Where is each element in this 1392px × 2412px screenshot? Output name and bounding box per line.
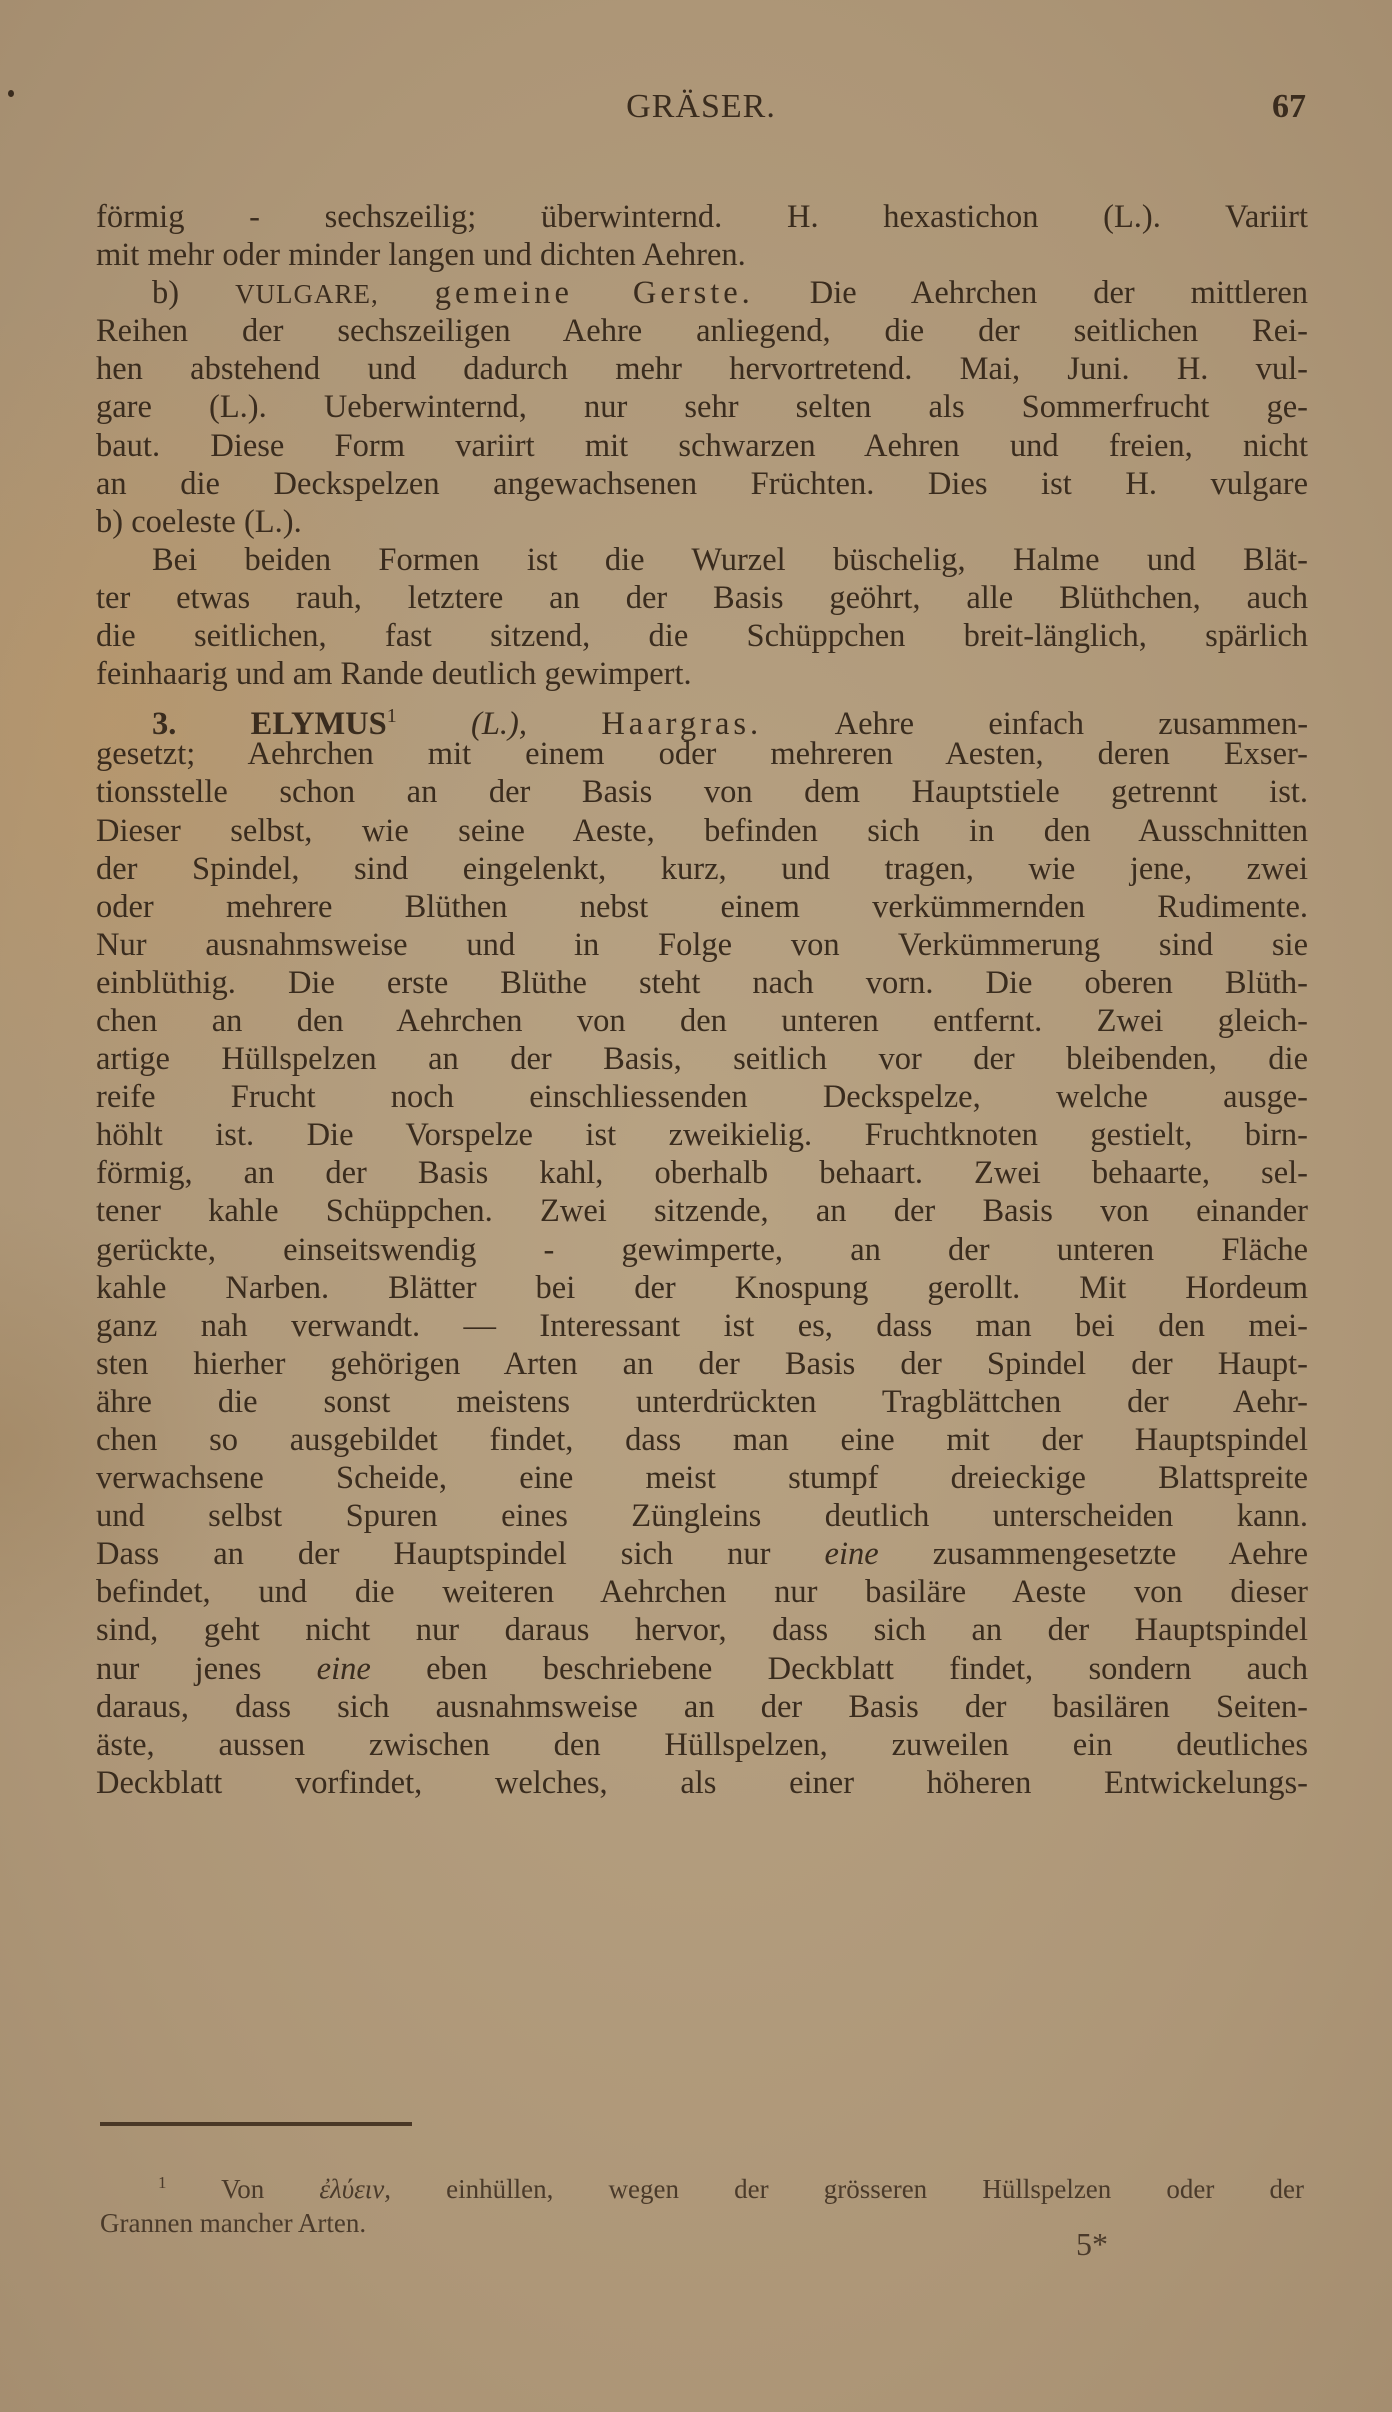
text-line: b) VULGARE, gemeine Gerste. Die Aehrchen…	[96, 274, 1308, 312]
text-line: gare (L.). Ueberwinternd, nur sehr selte…	[96, 388, 1308, 426]
ink-speck	[8, 90, 14, 97]
emphasis: eine	[317, 1651, 371, 1687]
text-line: hen abstehend und dadurch mehr hervortre…	[96, 350, 1308, 388]
text-line: reife Frucht noch einschliessenden Decks…	[96, 1078, 1308, 1116]
text-line: baut. Diese Form variirt mit schwarzen A…	[96, 427, 1308, 465]
text-line: förmig - sechszeilig; überwinternd. H. h…	[96, 198, 1308, 236]
text-line: Dieser selbst, wie seine Aeste, befinden…	[96, 812, 1308, 850]
text-line: sten hierher gehörigen Arten an der Basi…	[96, 1345, 1308, 1383]
text-run: Dass an der Hauptspindel sich nur	[96, 1536, 771, 1572]
text-run: Die Aehrchen der mittleren	[810, 275, 1308, 311]
text-line: die seitlichen, fast sitzend, die Schüpp…	[96, 617, 1308, 655]
greek-word: ἐλύειν,	[319, 2174, 391, 2204]
text-run: einhüllen, wegen der grösseren Hüllspelz…	[446, 2174, 1304, 2204]
footnote-line: Grannen mancher Arten.	[100, 2203, 1304, 2243]
text-line: artige Hüllspelzen an der Basis, seitlic…	[96, 1040, 1308, 1078]
text-line: förmig, an der Basis kahl, oberhalb beha…	[96, 1154, 1308, 1192]
text-line: tionsstelle schon an der Basis von dem H…	[96, 773, 1308, 811]
text-run: eben beschriebene Deckblatt findet, sond…	[426, 1651, 1308, 1687]
text-line: äste, aussen zwischen den Hüllspelzen, z…	[96, 1726, 1308, 1764]
text-run: nur jenes	[96, 1651, 261, 1687]
text-line: der Spindel, sind eingelenkt, kurz, und …	[96, 850, 1308, 888]
variety-marker: b)	[152, 275, 179, 311]
footnotes: 1 Von ἐλύειν, einhüllen, wegen der gröss…	[100, 2163, 1304, 2243]
text-line: ter etwas rauh, letztere an der Basis ge…	[96, 579, 1308, 617]
page-number: 67	[1272, 88, 1306, 126]
text-line: oder mehrere Blüthen nebst einem verkümm…	[96, 888, 1308, 926]
text-line: gesetzt; Aehrchen mit einem oder mehrere…	[96, 735, 1308, 773]
text-run: Von	[221, 2174, 264, 2204]
text-line: Nur ausnahmsweise und in Folge von Verkü…	[96, 926, 1308, 964]
text-line: sind, geht nicht nur daraus hervor, dass…	[96, 1611, 1308, 1649]
text-line: Deckblatt vorfindet, welches, als einer …	[96, 1764, 1308, 1802]
text-line: b) coeleste (L.).	[96, 503, 1308, 541]
text-line: chen so ausgebildet findet, dass man ein…	[96, 1421, 1308, 1459]
running-title: GRÄSER.	[96, 88, 1306, 126]
text-line: befindet, und die weiteren Aehrchen nur …	[96, 1573, 1308, 1611]
book-page: GRÄSER. 67 förmig - sechszeilig; überwin…	[0, 0, 1392, 2412]
common-name: gemeine Gerste.	[435, 275, 754, 311]
text-line: kahle Narben. Blätter bei der Knospung g…	[96, 1269, 1308, 1307]
text-line: Bei beiden Formen ist die Wurzel büschel…	[96, 541, 1308, 579]
text-line: Reihen der sechszeiligen Aehre anliegend…	[96, 312, 1308, 350]
running-head: GRÄSER. 67	[96, 88, 1306, 138]
text-line: verwachsene Scheide, eine meist stumpf d…	[96, 1459, 1308, 1497]
body-text: förmig - sechszeilig; überwinternd. H. h…	[96, 198, 1308, 1802]
emphasis: eine	[825, 1536, 879, 1572]
signature-mark: 5*	[1076, 2226, 1108, 2263]
text-line: gerückte, einseitswendig - gewimperte, a…	[96, 1231, 1308, 1269]
footnote-rule	[100, 2122, 412, 2126]
text-line: höhlt ist. Die Vorspelze ist zweikielig.…	[96, 1116, 1308, 1154]
text-run: zusammengesetzte Aehre	[933, 1536, 1308, 1572]
text-line: nur jenes eine eben beschriebene Deckbla…	[96, 1650, 1308, 1688]
footnote-ref: 1	[387, 705, 397, 727]
footnote-marker: 1	[158, 2173, 167, 2192]
text-line: ganz nah verwandt. — Interessant ist es,…	[96, 1307, 1308, 1345]
text-line: 3. ELYMUS1 (L.), Haargras. Aehre einfach…	[96, 697, 1308, 735]
variety-name: VULGARE,	[235, 279, 379, 309]
text-line: chen an den Aehrchen von den unteren ent…	[96, 1002, 1308, 1040]
text-line: und selbst Spuren eines Züngleins deutli…	[96, 1497, 1308, 1535]
text-line: feinhaarig und am Rande deutlich gewimpe…	[96, 655, 1308, 693]
text-line: einblüthig. Die erste Blüthe steht nach …	[96, 964, 1308, 1002]
text-line: ähre die sonst meistens unterdrückten Tr…	[96, 1383, 1308, 1421]
text-line: daraus, dass sich ausnahmsweise an der B…	[96, 1688, 1308, 1726]
footnote-line: 1 Von ἐλύειν, einhüllen, wegen der gröss…	[100, 2163, 1304, 2203]
text-line: tener kahle Schüppchen. Zwei sitzende, a…	[96, 1192, 1308, 1230]
text-line: an die Deckspelzen angewachsenen Früchte…	[96, 465, 1308, 503]
text-line: Dass an der Hauptspindel sich nur eine z…	[96, 1535, 1308, 1573]
text-line: mit mehr oder minder langen und dichten …	[96, 236, 1308, 274]
